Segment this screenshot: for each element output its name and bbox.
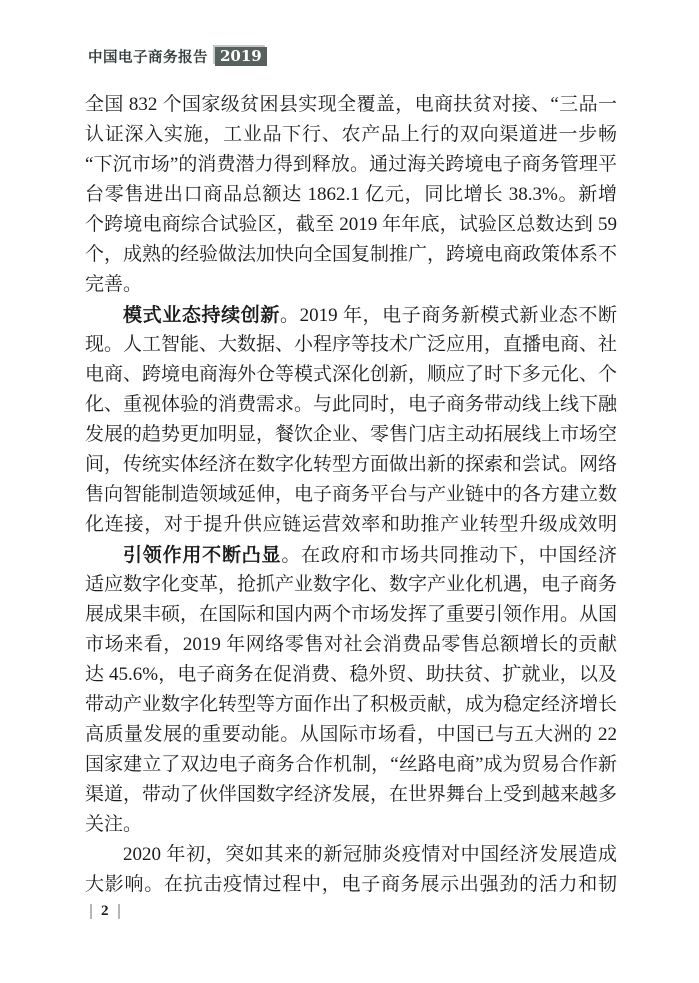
report-title: 中国电子商务报告 (88, 46, 208, 67)
body-text-line: 达 45.6%，电子商务在促消费、稳外贸、助扶贫、扩就业，以及 (85, 660, 617, 690)
paragraph-lead-bold: 模式业态持续创新 (123, 304, 280, 326)
body-text-line: 2020 年初，突如其来的新冠肺炎疫情对中国经济发展造成巨 (85, 840, 617, 870)
body-text-line: 现。人工智能、大数据、小程序等技术广泛应用，直播电商、社交 (85, 330, 617, 360)
body-text-line: 发展的趋势更加明显，餐饮企业、零售门店主动拓展线上市场空 (85, 420, 617, 450)
body-text-line: 高质量发展的重要动能。从国际市场看，中国已与五大洲的 22 个 (85, 720, 617, 750)
body-text-line: 展成果丰硕，在国际和国内两个市场发挥了重要引领作用。从国内 (85, 600, 617, 630)
body-text-line: 认证深入实施，工业品下行、农产品上行的双向渠道进一步畅通， (85, 120, 617, 150)
body-text-line: 电商、跨境电商海外仓等模式深化创新，顺应了时下多元化、个性 (85, 360, 617, 390)
body-text: 全国 832 个国家级贫困县实现全覆盖，电商扶贫对接、“三品一标”认证深入实施，… (85, 90, 617, 900)
body-text-line: “下沉市场”的消费潜力得到释放。通过海关跨境电子商务管理平 (85, 150, 617, 180)
body-text-line: 引领作用不断凸显。在政府和市场共同推动下，中国经济主动 (85, 540, 617, 570)
body-text-line: 大影响。在抗击疫情过程中，电子商务展示出强劲的活力和韧性， (85, 870, 617, 900)
body-text-line: 渠道，带动了伙伴国数字经济发展，在世界舞台上受到越来越多的 (85, 780, 617, 810)
body-text-line: 全国 832 个国家级贫困县实现全覆盖，电商扶贫对接、“三品一标” (85, 90, 617, 120)
page-footer: 2 (90, 903, 120, 920)
footer-separator-bar (118, 904, 120, 919)
body-text-line: 个，成熟的经验做法加快向全国复制推广，跨境电商政策体系不断 (85, 240, 617, 270)
body-text-line: 化、重视体验的消费需求。与此同时，电子商务带动线上线下融合 (85, 390, 617, 420)
body-text-line: 市场来看，2019 年网络零售对社会消费品零售总额增长的贡献率 (85, 630, 617, 660)
paragraph-lead-bold: 引领作用不断凸显 (123, 544, 281, 566)
document-page: 中国电子商务报告 2019 全国 832 个国家级贫困县实现全覆盖，电商扶贫对接… (0, 0, 699, 983)
body-text-line: 完善。 (85, 270, 617, 300)
page-number: 2 (101, 903, 109, 920)
body-text-line: 化连接，对于提升供应链运营效率和助推产业转型升级成效明显。 (85, 510, 617, 540)
body-text-line: 适应数字化变革，抢抓产业数字化、数字产业化机遇，电子商务发 (85, 570, 617, 600)
body-text-line: 间，传统实体经济在数字化转型方面做出新的探索和尝试。网络零 (85, 450, 617, 480)
body-text-line: 售向智能制造领域延伸，电子商务平台与产业链中的各方建立数字 (85, 480, 617, 510)
footer-separator-bar (90, 904, 92, 919)
body-text-line: 台零售进出口商品总额达 1862.1 亿元，同比增长 38.3%。新增 24 (85, 180, 617, 210)
body-text-line: 关注。 (85, 810, 617, 840)
body-text-line: 个跨境电商综合试验区，截至 2019 年年底，试验区总数达到 59 (85, 210, 617, 240)
body-text-line: 模式业态持续创新。2019 年，电子商务新模式新业态不断涌 (85, 300, 617, 330)
body-text-line: 带动产业数字化转型等方面作出了积极贡献，成为稳定经济增长和 (85, 690, 617, 720)
body-text-line: 国家建立了双边电子商务合作机制，“丝路电商”成为贸易合作新 (85, 750, 617, 780)
year-badge: 2019 (215, 47, 267, 66)
page-header: 中国电子商务报告 2019 (88, 46, 267, 67)
